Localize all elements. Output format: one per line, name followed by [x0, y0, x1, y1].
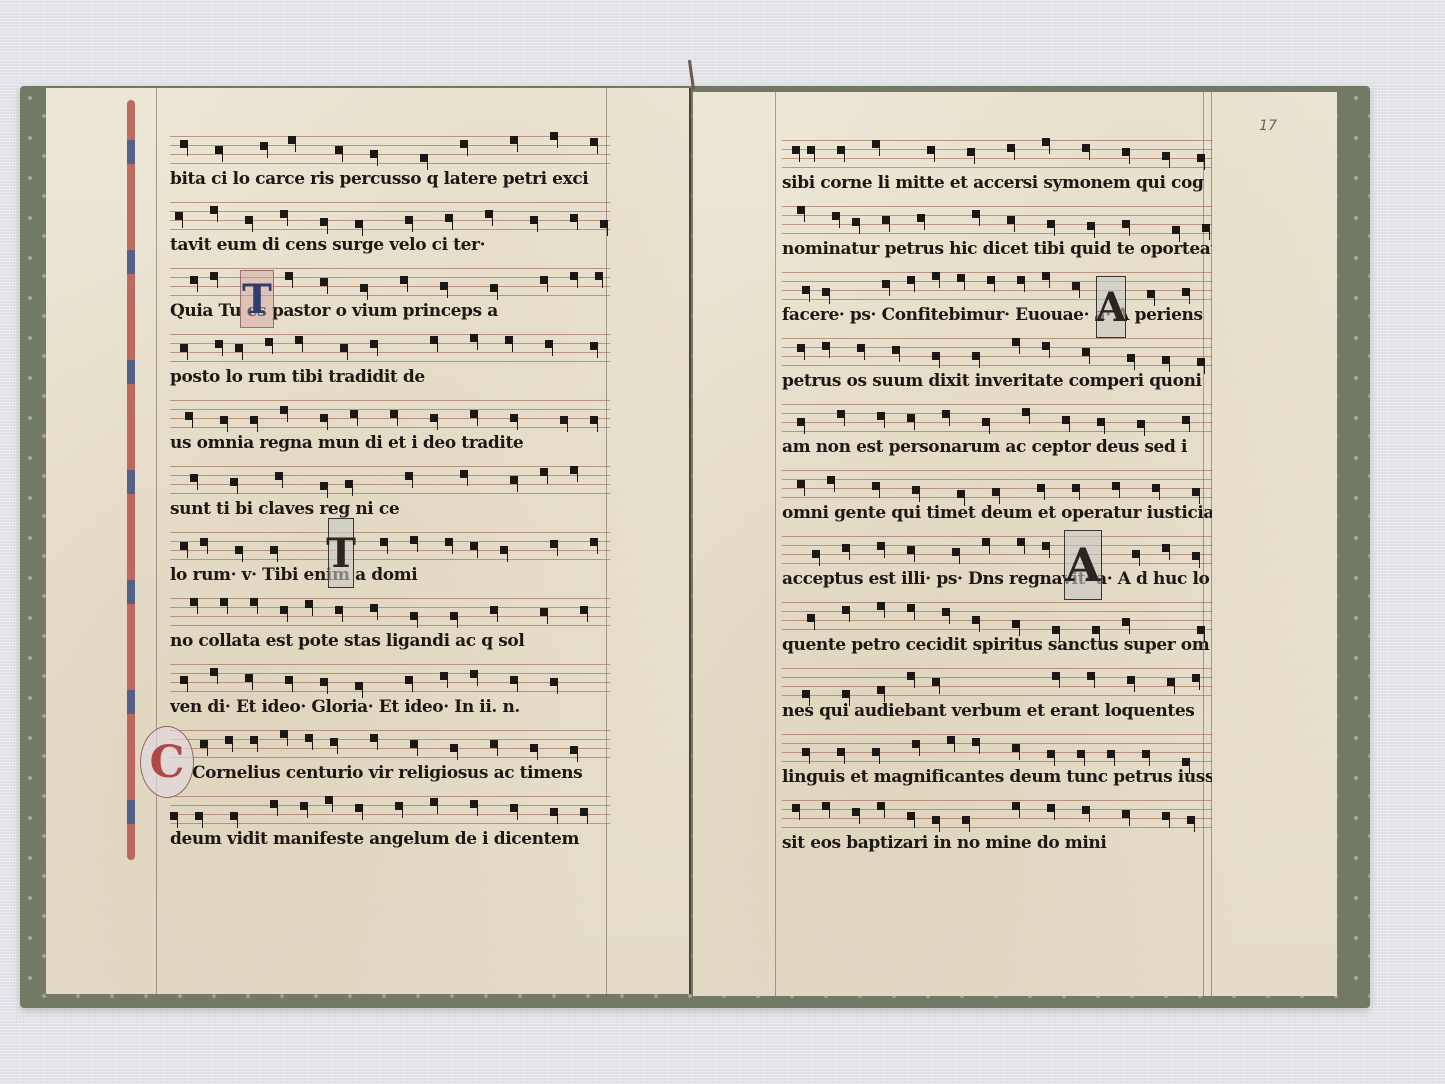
music-staff — [170, 326, 610, 362]
lyric-line: quente petro cecidit spiritus sanctus su… — [782, 630, 1212, 660]
music-staff — [170, 392, 610, 428]
music-staff — [782, 462, 1212, 498]
music-staff — [170, 656, 610, 692]
folio-number: 17 — [1259, 118, 1277, 134]
illuminated-initial: T — [240, 270, 274, 328]
music-staff — [782, 528, 1212, 564]
lyric-line: bita ci lo carce ris percusso q latere p… — [170, 164, 610, 194]
music-staff — [782, 594, 1212, 630]
lyric-line: sit eos baptizari in no mine do mini — [782, 828, 1212, 858]
lyric-line: acceptus est illi· ps· Dns regnavit· a· … — [782, 564, 1212, 594]
illuminated-initial: T — [328, 518, 354, 588]
music-staff — [782, 132, 1212, 168]
music-staff — [782, 264, 1212, 300]
music-staff — [782, 330, 1212, 366]
lyric-line: linguis et magnificantes deum tunc petru… — [782, 762, 1212, 792]
music-staff — [782, 660, 1212, 696]
music-staff — [782, 726, 1212, 762]
music-staff — [782, 396, 1212, 432]
lyric-line: no collata est pote stas ligandi ac q so… — [170, 626, 610, 656]
lyric-line: tavit eum di cens surge velo ci ter· — [170, 230, 610, 260]
music-staff — [782, 792, 1212, 828]
lyric-line: ven di· Et ideo· Gloria· Et ideo· In ii.… — [170, 692, 610, 722]
lyric-line: Cornelius centurio vir religiosus ac tim… — [170, 758, 610, 788]
music-staff — [170, 722, 610, 758]
lyric-line: us omnia regna mun di et i deo tradite — [170, 428, 610, 458]
lyric-line: lo rum· v· Tibi enim a domi — [170, 560, 610, 590]
lyric-line: am non est personarum ac ceptor deus sed… — [782, 432, 1212, 462]
lyric-line: nes qui audiebant verbum et erant loquen… — [782, 696, 1212, 726]
lyric-line: sunt ti bi claves reg ni ce — [170, 494, 610, 524]
lyric-text: ven di· Et ideo· Gloria· Et ideo· In ii.… — [170, 697, 520, 717]
music-staff — [170, 458, 610, 494]
illuminated-initial: C — [140, 726, 194, 798]
decorated-margin-border — [127, 100, 135, 860]
lyric-line: facere· ps· Confitebimur· Euouae· a· A p… — [782, 300, 1212, 330]
lyric-line: Quia Tu es pastor o vium princeps a — [170, 296, 610, 326]
illuminated-initial: A — [1096, 276, 1126, 338]
margin-ruling — [775, 92, 776, 996]
lyric-line: sibi corne li mitte et accersi symonem q… — [782, 168, 1212, 198]
right-page-text: sibi corne li mitte et accersi symonem q… — [782, 132, 1212, 858]
lyric-line: posto lo rum tibi tradidit de — [170, 362, 610, 392]
lyric-line: nominatur petrus hic dicet tibi quid te … — [782, 234, 1212, 264]
music-staff — [170, 128, 610, 164]
lyric-line: deum vidit manifeste angelum de i dicent… — [170, 824, 610, 854]
music-staff — [170, 524, 610, 560]
lyric-line: petrus os suum dixit inveritate comperi … — [782, 366, 1212, 396]
music-staff — [170, 194, 610, 230]
left-page-text: bita ci lo carce ris percusso q latere p… — [170, 128, 610, 854]
margin-ruling — [156, 88, 157, 994]
illuminated-initial: A — [1064, 530, 1102, 600]
music-staff — [170, 590, 610, 626]
music-staff — [782, 198, 1212, 234]
music-staff — [170, 788, 610, 824]
music-staff — [170, 260, 610, 296]
lyric-line: omni gente qui timet deum et operatur iu… — [782, 498, 1212, 528]
